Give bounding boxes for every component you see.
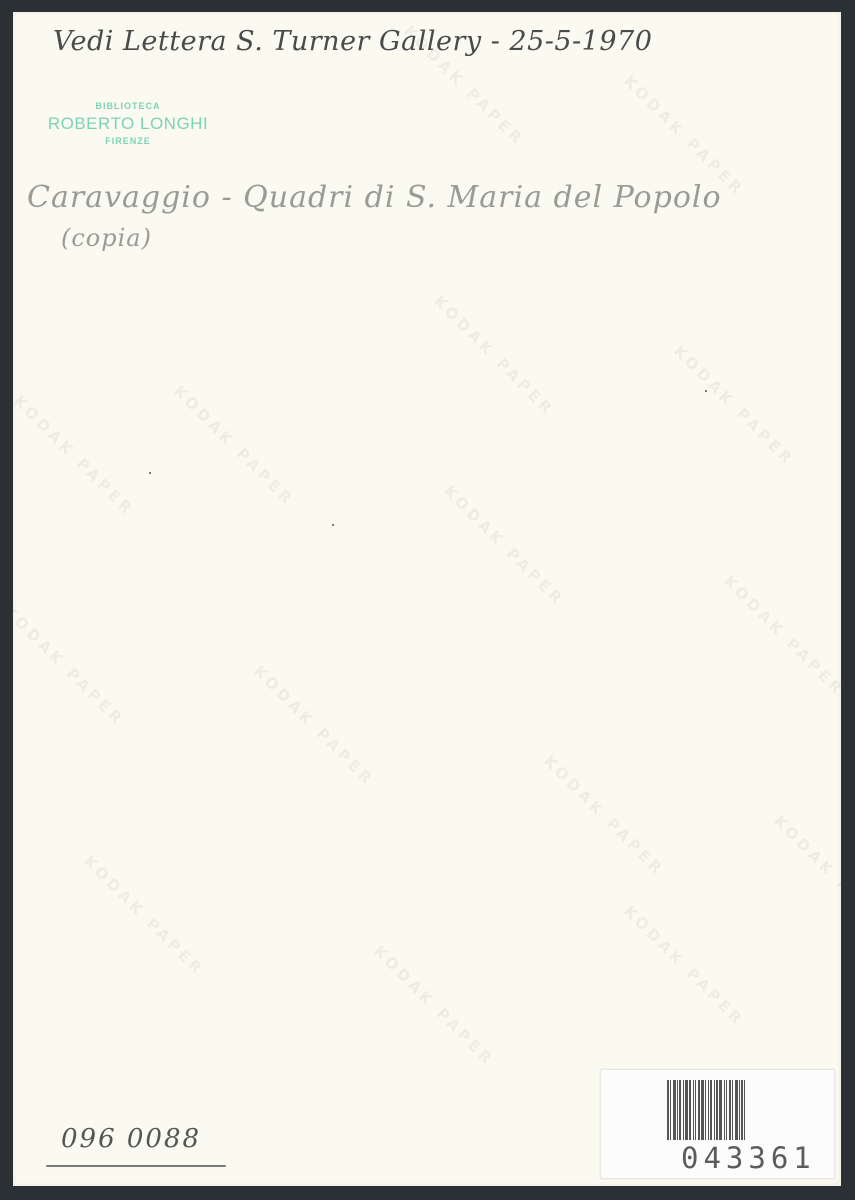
barcode-number: 043361 xyxy=(681,1141,816,1175)
paper-watermark: KODAK PAPER xyxy=(720,572,841,700)
paper-watermark: KODAK PAPER xyxy=(540,752,668,880)
handwritten-reference-note: Vedi Lettera S. Turner Gallery - 25-5-19… xyxy=(53,26,652,57)
library-stamp: BIBLIOTECA ROBERTO LONGHI FIRENZE xyxy=(28,102,228,146)
barcode-label: 043361 xyxy=(600,1069,835,1179)
handwritten-inventory-number: 096 0088 xyxy=(61,1124,201,1154)
dust-speck xyxy=(332,524,334,526)
stamp-line-name: ROBERTO LONGHI xyxy=(28,115,228,134)
dust-speck xyxy=(149,472,151,474)
paper-watermark: KODAK PAPER xyxy=(250,662,378,790)
inventory-underline xyxy=(46,1165,226,1167)
dust-speck xyxy=(705,390,707,392)
paper-watermark: KODAK PAPER xyxy=(440,482,568,610)
barcode-icon xyxy=(667,1080,809,1140)
paper-watermark: KODAK PAPER xyxy=(170,382,298,510)
stamp-line-city: FIRENZE xyxy=(28,137,228,147)
paper-watermark: KODAK PAPER xyxy=(430,292,558,420)
stamp-line-biblioteca: BIBLIOTECA xyxy=(28,102,228,112)
handwritten-subject: Caravaggio - Quadri di S. Maria del Popo… xyxy=(27,180,722,215)
paper-watermark: KODAK PAPER xyxy=(620,902,748,1030)
paper-watermark: KODAK PAPER xyxy=(370,942,498,1070)
photo-verso-card: KODAK PAPER KODAK PAPER KODAK PAPER KODA… xyxy=(13,12,841,1186)
paper-watermark: KODAK PAPER xyxy=(770,812,841,940)
handwritten-copy-note: (copia) xyxy=(61,224,152,252)
paper-watermark: KODAK PAPER xyxy=(80,852,208,980)
paper-watermark: KODAK PAPER xyxy=(670,342,798,470)
paper-watermark: KODAK PAPER xyxy=(13,602,128,730)
paper-watermark: KODAK PAPER xyxy=(13,392,138,520)
